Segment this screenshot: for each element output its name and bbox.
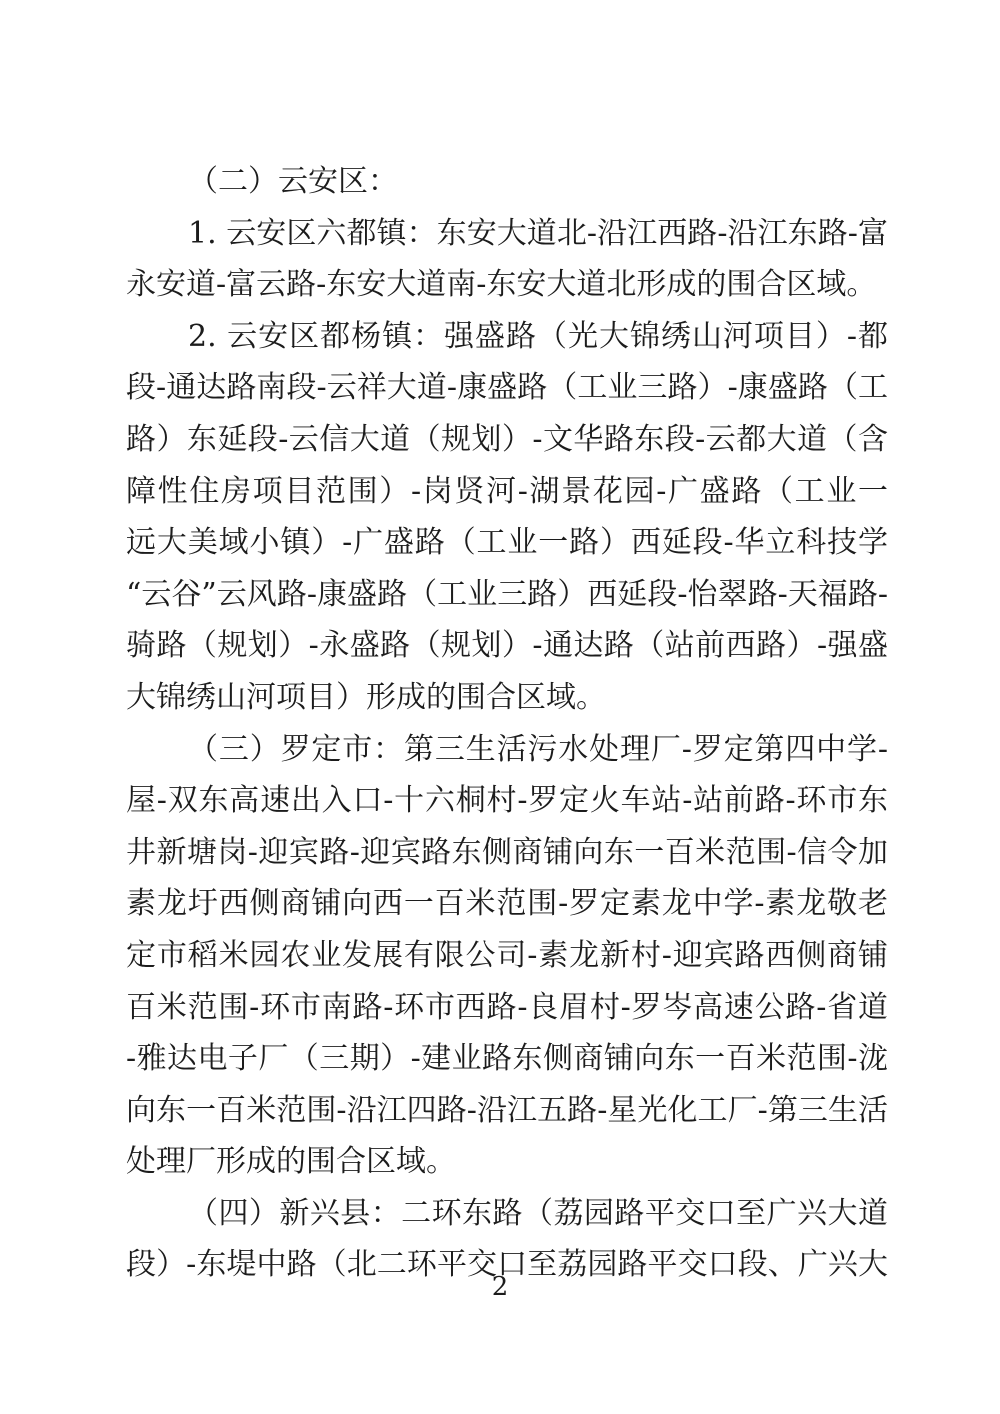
text-line: 障性住房项目范围）-岗贤河-湖景花园-广盛路（工业一路）（含 <box>126 466 888 518</box>
text-line: 远大美域小镇）-广盛路（工业一路）西延段-华立科技学院西侧- <box>126 517 888 569</box>
document-body-text: （二）云安区：1. 云安区六都镇：东安大道北-沿江西路-沿江东路-富兴路-永安道… <box>126 156 888 1291</box>
text-line: 大锦绣山河项目）形成的围合区域。 <box>126 672 888 724</box>
text-line: “云谷”云风路-康盛路（工业三路）西延段-怡翠路-天福路-都 <box>126 569 888 621</box>
text-line: 素龙圩西侧商铺向西一百米范围-罗定素龙中学-素龙敬老院-罗 <box>126 878 888 930</box>
text-line: 路）东延段-云信大道（规划）-文华路东段-云都大道（含东侧保 <box>126 414 888 466</box>
text-line: 永安道-富云路-东安大道南-东安大道北形成的围合区域。 <box>126 259 888 311</box>
text-line: 百米范围-环市南路-环市西路-良眉村-罗岑高速公路-省道 279 线 <box>126 982 888 1034</box>
text-line: 定市稻米园农业发展有限公司-素龙新村-迎宾路西侧商铺向西一 <box>126 930 888 982</box>
text-line: 骑路（规划）-永盛路（规划）-通达路（站前西路）-强盛路（光 <box>126 620 888 672</box>
text-line: 屋-双东高速出入口-十六桐村-罗定火车站-站前路-环市东路-谭 <box>126 775 888 827</box>
page-number: 2 <box>0 1270 1000 1304</box>
text-line: 井新塘岗-迎宾路-迎宾路东侧商铺向东一百米范围-信令加油站- <box>126 827 888 879</box>
text-line: （三）罗定市：第三生活污水处理厂-罗定第四中学-大众罗 <box>126 724 888 776</box>
text-line: 处理厂形成的围合区域。 <box>126 1136 888 1188</box>
text-line: （二）云安区： <box>126 156 888 208</box>
text-line: 2. 云安区都杨镇：强盛路（光大锦绣山河项目）-都骑路西延 <box>126 311 888 363</box>
text-line: （四）新兴县：二环东路（荔园路平交口至广兴大道平交口 <box>126 1188 888 1240</box>
document-page: （二）云安区：1. 云安区六都镇：东安大道北-沿江西路-沿江东路-富兴路-永安道… <box>0 0 1000 1414</box>
text-line: 1. 云安区六都镇：东安大道北-沿江西路-沿江东路-富兴路- <box>126 208 888 260</box>
text-line: -雅达电子厂（三期）-建业路东侧商铺向东一百米范围-泷洲大桥 <box>126 1033 888 1085</box>
text-line: 向东一百米范围-沿江四路-沿江五路-星光化工厂-第三生活污水 <box>126 1085 888 1137</box>
text-line: 段-通达路南段-云祥大道-康盛路（工业三路）-康盛路（工业三 <box>126 362 888 414</box>
